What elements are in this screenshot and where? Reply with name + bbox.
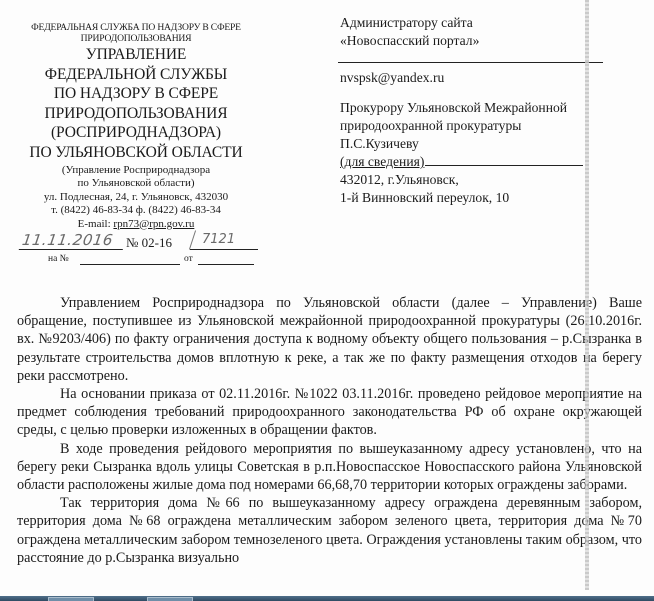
divider bbox=[338, 62, 603, 63]
department-short-name: (Управление Росприроднадзора по Ульяновс… bbox=[6, 164, 266, 191]
postal-line: 1-й Винновский переулок, 10 bbox=[340, 189, 600, 207]
outgoing-registration: 11.11.2016 № 02-16 7121 bbox=[18, 232, 258, 256]
reply-reference: на № от bbox=[18, 254, 258, 268]
body-paragraph: Управлением Росприроднадзора по Ульяновс… bbox=[17, 294, 642, 385]
department-title-line: ПО УЛЬЯНОВСКОЙ ОБЛАСТИ bbox=[6, 143, 266, 163]
postal-line: 432012, г.Ульяновск, bbox=[340, 171, 600, 189]
agency-name-line2: ПРИРОДОПОЛЬЗОВАНИЯ bbox=[6, 33, 266, 44]
reply-to-blank bbox=[80, 264, 180, 265]
department-title-line: ПРИРОДОПОЛЬЗОВАНИЯ bbox=[6, 104, 266, 124]
email-link[interactable]: rpn73@rpn.gov.ru bbox=[113, 218, 194, 230]
addressee-block: Администратору сайта «Новоспасский порта… bbox=[340, 14, 600, 207]
scan-fold-line bbox=[585, 0, 589, 590]
department-title-line: УПРАВЛЕНИЕ bbox=[6, 45, 266, 65]
from-label: от bbox=[184, 254, 193, 264]
handwritten-number: 7121 bbox=[190, 232, 258, 250]
letterhead: ФЕДЕРАЛЬНАЯ СЛУЖБА ПО НАДЗОРУ В СФЕРЕ ПР… bbox=[6, 22, 266, 231]
info-note-line: (для сведения) bbox=[340, 153, 600, 171]
taskbar-button[interactable] bbox=[147, 597, 193, 601]
registration-number-label: № 02-16 bbox=[126, 235, 172, 251]
department-phones: т. (8422) 46-83-34 ф. (8422) 46-83-34 bbox=[6, 204, 266, 218]
divider bbox=[425, 165, 583, 166]
taskbar-button[interactable] bbox=[48, 597, 94, 601]
info-note: (для сведения) bbox=[340, 154, 424, 169]
body-paragraph: Так территория дома №66 по вышеуказанном… bbox=[17, 494, 642, 567]
department-title-line: ПО НАДЗОРУ В СФЕРЕ bbox=[6, 84, 266, 104]
scanned-letter-page: ФЕДЕРАЛЬНАЯ СЛУЖБА ПО НАДЗОРУ В СФЕРЕ ПР… bbox=[0, 0, 654, 601]
reply-to-label: на № bbox=[48, 254, 69, 264]
prosecutor-line: Прокурору Ульяновской Межрайонной bbox=[340, 99, 600, 117]
taskbar-strip bbox=[0, 596, 654, 601]
addressee-line2: «Новоспасский портал» bbox=[340, 32, 600, 50]
addressee-email: nvspsk@yandex.ru bbox=[340, 69, 600, 87]
department-title: УПРАВЛЕНИЕ ФЕДЕРАЛЬНОЙ СЛУЖБЫ ПО НАДЗОРУ… bbox=[6, 45, 266, 163]
body-paragraph: В ходе проведения рейдового мероприятия … bbox=[17, 440, 642, 495]
email-label: E-mail: bbox=[78, 218, 114, 230]
prosecutor-line: природоохранной прокуратуры bbox=[340, 117, 600, 135]
prosecutor-name: П.С.Кузичеву bbox=[340, 135, 600, 153]
body-paragraph: На основании приказа от 02.11.2016г. №10… bbox=[17, 385, 642, 440]
department-short-name-line: по Ульяновской области) bbox=[6, 177, 266, 191]
agency-name-line1: ФЕДЕРАЛЬНАЯ СЛУЖБА ПО НАДЗОРУ В СФЕРЕ bbox=[6, 22, 266, 33]
department-title-line: ФЕДЕРАЛЬНОЙ СЛУЖБЫ bbox=[6, 65, 266, 85]
department-short-name-line: (Управление Росприроднадзора bbox=[6, 164, 266, 178]
letter-body: Управлением Росприроднадзора по Ульяновс… bbox=[17, 294, 642, 567]
department-email: E-mail: rpn73@rpn.gov.ru bbox=[6, 218, 266, 232]
department-address: ул. Подлесная, 24, г. Ульяновск, 432030 bbox=[6, 191, 266, 205]
handwritten-date: 11.11.2016 bbox=[19, 232, 126, 250]
addressee-line1: Администратору сайта bbox=[340, 14, 600, 32]
from-blank bbox=[198, 264, 254, 265]
department-title-line: (РОСПРИРОДНАДЗОРА) bbox=[6, 123, 266, 143]
